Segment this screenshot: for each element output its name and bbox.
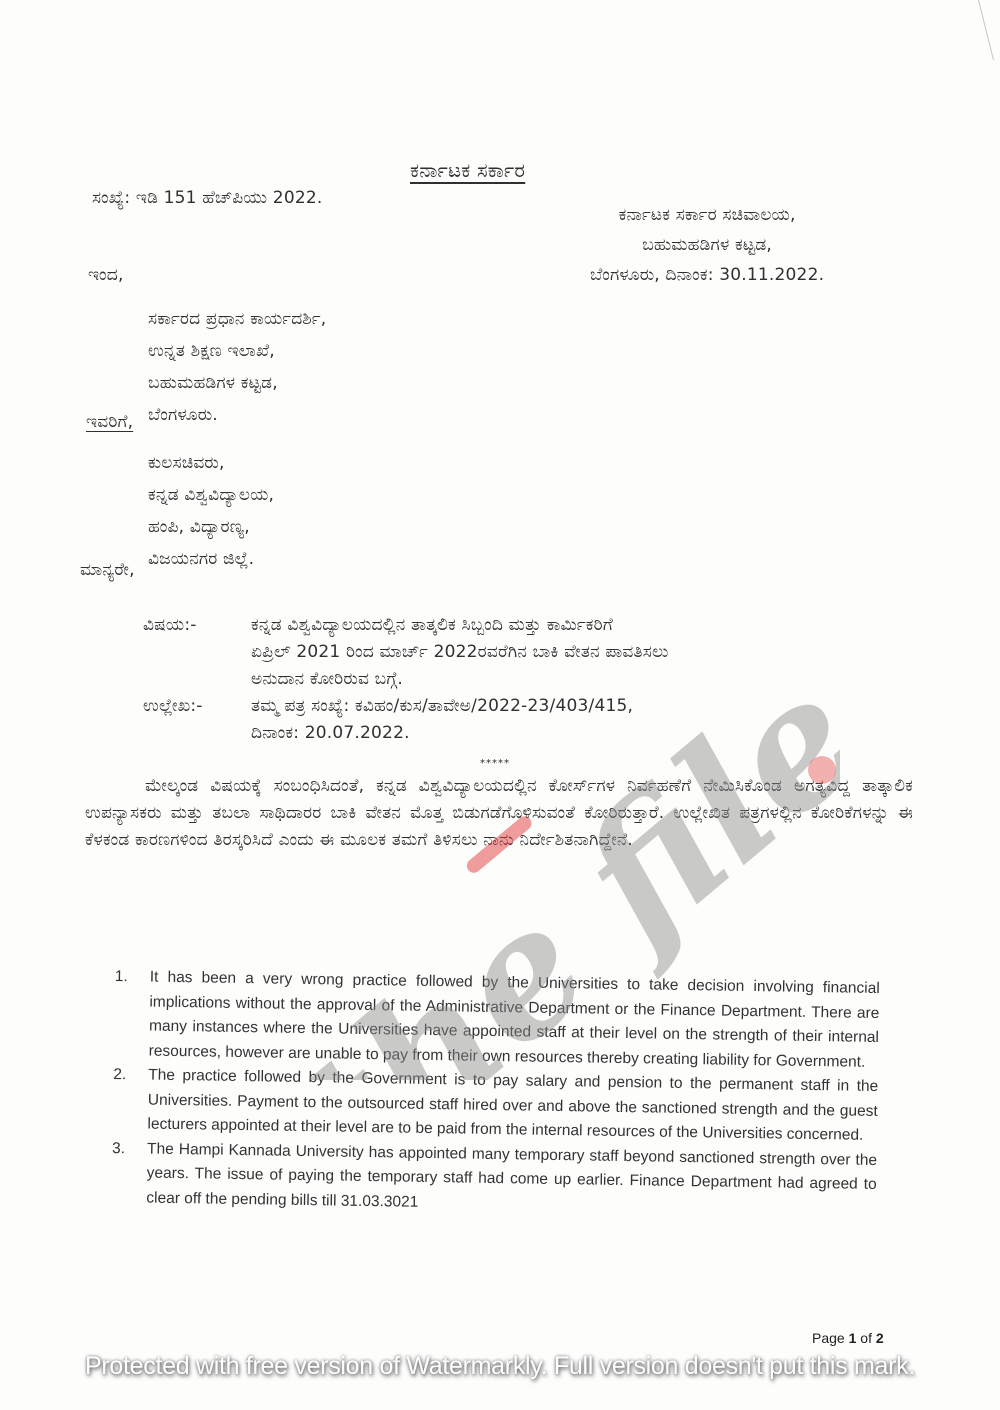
to-label: ಇವರಿಗೆ, (86, 412, 133, 432)
section-separator: ***** (480, 758, 510, 769)
from-address-line: ಬೆಂಗಳೂರು. (148, 399, 326, 431)
list-item: 2.The practice followed by the Governmen… (112, 1063, 878, 1149)
from-address: ಸರ್ಕಾರದ ಪ್ರಧಾನ ಕಾರ್ಯದರ್ಶಿ, ಉನ್ನತ ಶಿಕ್ಷಣ … (148, 303, 326, 431)
list-number: 1. (115, 965, 128, 990)
list-text: It has been a very wrong practice follow… (149, 969, 880, 1071)
to-address: ಕುಲಸಚಿವರು, ಕನ್ನಡ ವಿಶ್ವವಿದ್ಯಾಲಯ, ಹಂಪಿ, ವಿ… (148, 447, 274, 575)
office-address-date: ಬೆಂಗಳೂರು, ದಿನಾಂಕ: 30.11.2022. (590, 260, 824, 290)
page-of: of (856, 1330, 875, 1346)
from-label: ಇಂದ, (88, 265, 124, 285)
reference-date: ದಿನಾಂಕ: 20.07.2022. (143, 720, 633, 747)
government-title: ಕರ್ನಾಟಕ ಸರ್ಕಾರ (410, 158, 525, 182)
body-paragraph-kannada: ಮೇಲ್ಕಂಡ ವಿಷಯಕ್ಕೆ ಸಂಬಂಧಿಸಿದಂತೆ, ಕನ್ನಡ ವಿಶ… (85, 773, 913, 854)
office-address-line: ಬಹುಮಹಡಿಗಳ ಕಟ್ಟಡ, (590, 230, 824, 260)
watermarkly-footer-mark: Protected with free version of Watermark… (0, 1352, 1000, 1381)
reasons-list: 1.It has been a very wrong practice foll… (111, 965, 880, 1222)
list-number: 2. (113, 1063, 126, 1088)
page-total: 2 (876, 1330, 884, 1346)
from-address-line: ಬಹುಮಹಡಿಗಳ ಕಟ್ಟಡ, (148, 367, 326, 399)
subject-line: ಏಪ್ರಿಲ್ 2021 ರಿಂದ ಮಾರ್ಚ್ 2022ರವರೆಗಿನ ಬಾಕ… (143, 639, 669, 666)
order-number: ಸಂಖ್ಯೆ: ಇಡಿ 151 ಹೆಚ್‌ಪಿಯು 2022. (92, 188, 322, 208)
subject-line: ಕನ್ನಡ ವಿಶ್ವವಿದ್ಯಾಲಯದಲ್ಲಿನ ತಾತ್ಕಲಿಕ ಸಿಬ್ಬ… (251, 615, 613, 635)
office-address: ಕರ್ನಾಟಕ ಸರ್ಕಾರ ಸಚಿವಾಲಯ, ಬಹುಮಹಡಿಗಳ ಕಟ್ಟಡ,… (590, 200, 824, 290)
reference-label: ಉಲ್ಲೇಖ:- (143, 693, 251, 720)
from-address-line: ಸರ್ಕಾರದ ಪ್ರಧಾನ ಕಾರ್ಯದರ್ಶಿ, (148, 303, 326, 335)
from-address-line: ಉನ್ನತ ಶಿಕ್ಷಣ ಇಲಾಖೆ, (148, 335, 326, 367)
page-indicator: Page 1 of 2 (812, 1330, 884, 1346)
reference-block: ಉಲ್ಲೇಖ:-ತಮ್ಮ ಪತ್ರ ಸಂಖ್ಯೆ: ಕವಿಹಂ/ಕುಸ/ತಾವೇ… (143, 693, 633, 747)
to-address-line: ವಿಜಯನಗರ ಜಿಲ್ಲೆ. (148, 543, 274, 575)
list-text: The practice followed by the Government … (147, 1067, 878, 1144)
subject-block: ವಿಷಯ:-ಕನ್ನಡ ವಿಶ್ವವಿದ್ಯಾಲಯದಲ್ಲಿನ ತಾತ್ಕಲಿಕ… (143, 612, 669, 693)
to-address-line: ಕನ್ನಡ ವಿಶ್ವವಿದ್ಯಾಲಯ, (148, 479, 274, 511)
salutation: ಮಾನ್ಯರೇ, (80, 560, 135, 580)
subject-label: ವಿಷಯ:- (143, 612, 251, 639)
reference-line: ತಮ್ಮ ಪತ್ರ ಸಂಖ್ಯೆ: ಕವಿಹಂ/ಕುಸ/ತಾವೇಅ/2022-2… (251, 696, 633, 716)
page-fold-edge (978, 0, 1000, 60)
list-item: 1.It has been a very wrong practice foll… (113, 965, 879, 1075)
page-prefix: Page (812, 1330, 849, 1346)
list-number: 3. (112, 1136, 125, 1161)
list-text: The Hampi Kannada University has appoint… (146, 1140, 877, 1210)
office-address-line: ಕರ್ನಾಟಕ ಸರ್ಕಾರ ಸಚಿವಾಲಯ, (590, 200, 824, 230)
to-address-line: ಕುಲಸಚಿವರು, (148, 447, 274, 479)
list-item: 3.The Hampi Kannada University has appoi… (111, 1136, 877, 1222)
subject-line: ಅನುದಾನ ಕೋರಿರುವ ಬಗ್ಗೆ. (143, 666, 669, 693)
to-address-line: ಹಂಪಿ, ವಿದ್ಯಾರಣ್ಯ, (148, 511, 274, 543)
